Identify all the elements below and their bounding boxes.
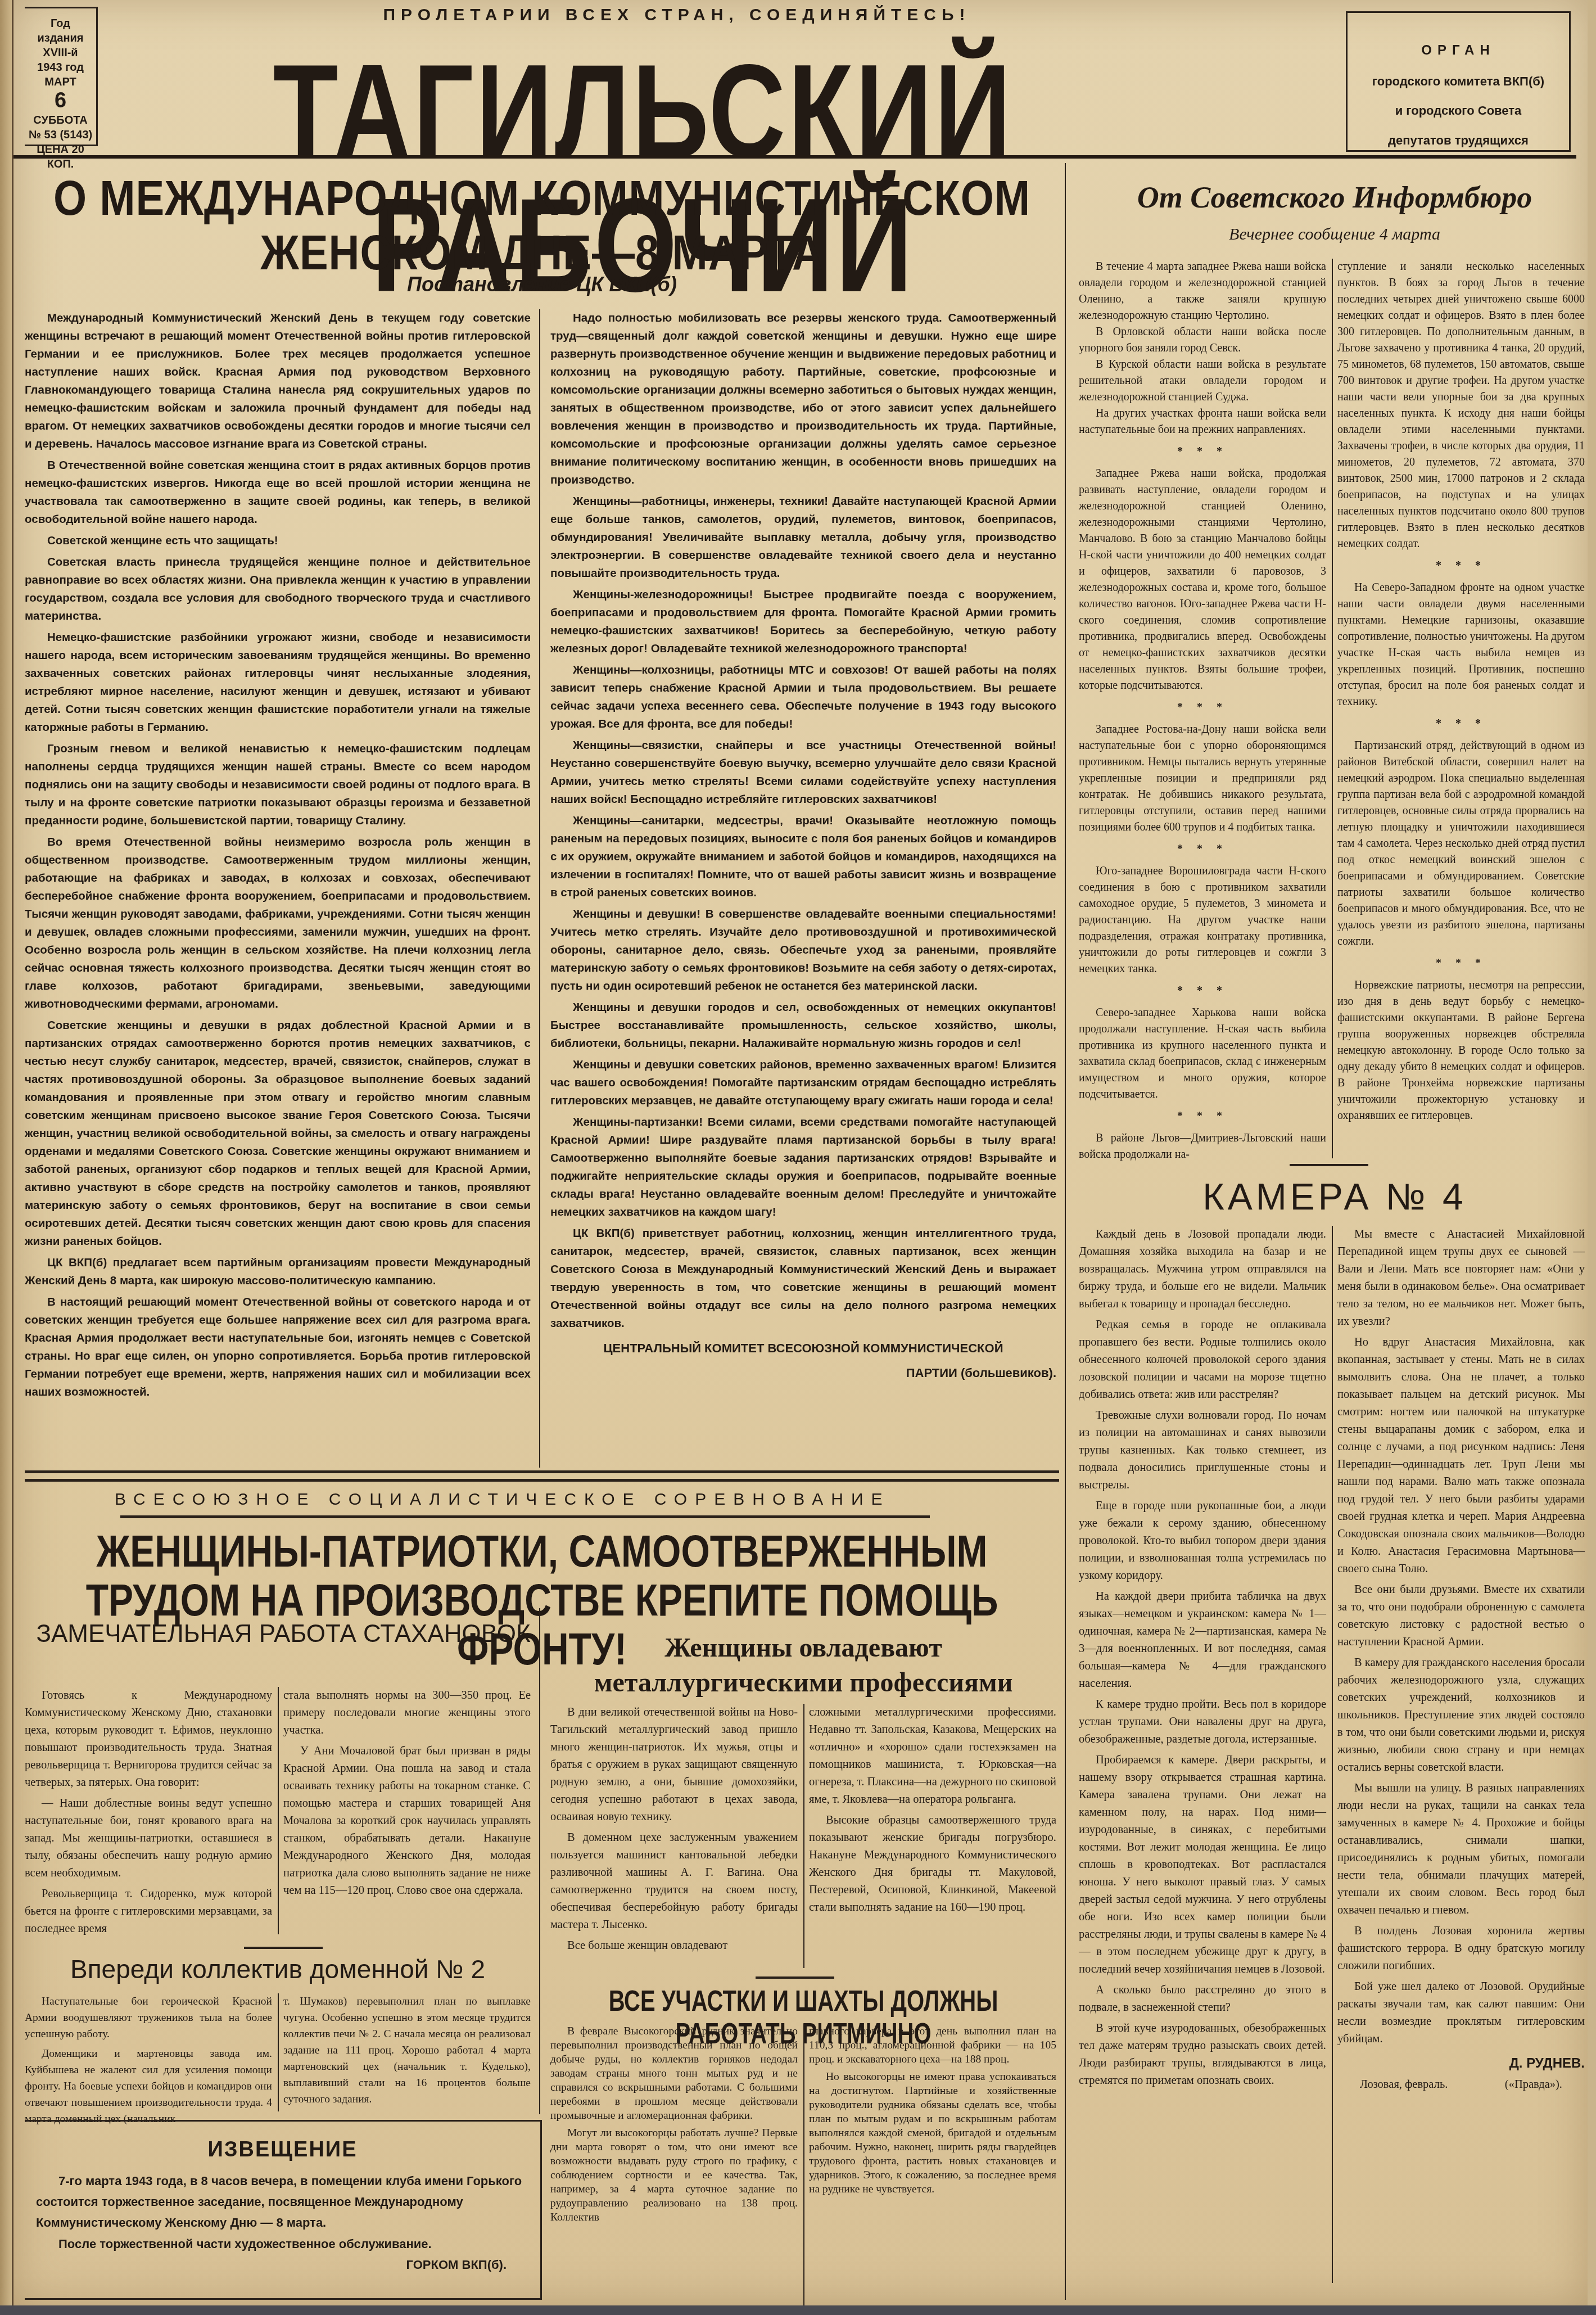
informburo-column-2: ступление и заняли несколько населенных … — [1337, 259, 1585, 1124]
metallurgy-headline: Женщины овладевают металлургическими про… — [550, 1631, 1056, 1701]
paragraph: В доменном цехе заслуженным уважением по… — [550, 1829, 798, 1934]
paragraph: В феврале Высокогорский рудник значитель… — [550, 2024, 798, 2123]
newspaper-page: Год издания XVIII-й 1943 год МАРТ 6 СУББ… — [13, 0, 1588, 2305]
paragraph: Мы вместе с Анастасией Михайловной Переп… — [1337, 1226, 1585, 1330]
paragraph: — Наши доблестные воины ведут успешно на… — [25, 1795, 272, 1882]
paragraph: К камере трудно пройти. Весь пол в корид… — [1079, 1696, 1326, 1748]
paragraph: Пробираемся к камере. Двери раскрыты, и … — [1079, 1752, 1326, 1978]
paragraph: Во время Отечественной войны неизмеримо … — [25, 833, 531, 1013]
signature-line: ПАРТИИ (большевиков). — [550, 1361, 1056, 1386]
separator-stars: * * * — [1337, 955, 1585, 972]
day: 6 — [27, 89, 94, 113]
metallurgy-column-1: В дни великой отечественной войны на Нов… — [550, 1704, 798, 1958]
section-rule — [25, 1470, 1059, 1473]
kamera-column-2: Мы вместе с Анастасией Михайловной Переп… — [1337, 1226, 1585, 2093]
scan-background — [0, 2305, 1596, 2315]
notice-text: После торжественной части художественное… — [36, 2233, 529, 2254]
paragraph: Мы вышли на улицу. В разных направлениях… — [1337, 1780, 1585, 1919]
paragraph: Западнее Ржева наши войска, продолжая ра… — [1079, 466, 1326, 694]
author: Д. РУДНЕВ. — [1337, 2051, 1585, 2076]
paragraph: Но высокогорцы не имеют права успокаиват… — [809, 2070, 1056, 2196]
mines-column-2: главного карьера в этот день выполнил пл… — [809, 2024, 1056, 2200]
issue-info-box: Год издания XVIII-й 1943 год МАРТ 6 СУББ… — [25, 7, 98, 146]
paragraph: Еще в городе шли рукопашные бои, а люди … — [1079, 1497, 1326, 1585]
paragraph: ступление и заняли несколько населенных … — [1337, 259, 1585, 552]
domna-column-1: Наступательные бои героической Красной А… — [25, 1993, 272, 2131]
separator-stars: * * * — [1079, 1108, 1326, 1125]
source: («Правда»). — [1505, 2076, 1562, 2093]
weekday: СУББОТА — [27, 113, 94, 128]
paragraph: Редкая семья в городе не оплакивала проп… — [1079, 1316, 1326, 1404]
notice-signature: ГОРКОМ ВКП(б). — [36, 2254, 529, 2275]
dateline: Лозовая, февраль. — [1360, 2076, 1448, 2093]
paragraph: Револьверщица т. Сидоренко, муж которой … — [25, 1885, 272, 1938]
competition-label: ВСЕСОЮЗНОЕ СОЦИАЛИСТИЧЕСКОЕ СОРЕВНОВАНИЕ — [115, 1490, 958, 1509]
domna-column-2: т. Шумаков) перевыполнил план по выплавк… — [283, 1993, 531, 2111]
column-divider — [1332, 1226, 1333, 2283]
paragraph: сложными металлургическими профессиями. … — [809, 1704, 1056, 1808]
paragraph: Бой уже шел далеко от Лозовой. Орудийные… — [1337, 1978, 1585, 2048]
separator-stars: * * * — [1079, 700, 1326, 716]
column-divider — [803, 1704, 804, 1968]
stakhanovki-column-1: Готовясь к Международному Коммунистическ… — [25, 1687, 272, 1941]
paragraph: Западнее Ростова-на-Дону наши войска вел… — [1079, 721, 1326, 836]
label-underline — [120, 1515, 930, 1518]
notice-box: ИЗВЕЩЕНИЕ 7-го марта 1943 года, в 8 часо… — [25, 2120, 542, 2300]
paragraph: ЦК ВКП(б) предлагает всем партийным орга… — [25, 1254, 531, 1290]
issue-number: № 53 (5143) — [27, 128, 94, 142]
notice-text: 7-го марта 1943 года, в 8 часов вечера, … — [36, 2170, 529, 2233]
lead-column-1: Международный Коммунистический Женский Д… — [25, 309, 531, 1405]
column-divider — [539, 309, 540, 1468]
lead-subheadline: Постановление ЦК ВКП(б) — [25, 273, 1059, 296]
paragraph: Женщины и девушки городов и сел, освобож… — [550, 999, 1056, 1053]
separator-stars: * * * — [1337, 716, 1585, 732]
column-divider — [278, 1687, 279, 1934]
paragraph: Женщины и девушки! В совершенстве овладе… — [550, 905, 1056, 995]
paragraph: Партизанский отряд, действующий в одном … — [1337, 738, 1585, 950]
slogan: ПРОЛЕТАРИИ ВСЕХ СТРАН, СОЕДИНЯЙТЕСЬ! — [283, 6, 1070, 25]
paragraph: Северо-западнее Харькова наши войска про… — [1079, 1005, 1326, 1103]
masthead-rule — [13, 155, 1576, 159]
section-divider — [1065, 163, 1066, 2300]
paragraph: Могут ли высокогорцы работать лучше? Пер… — [550, 2126, 798, 2224]
paragraph: Женщины-железнодорожницы! Быстрее продви… — [550, 586, 1056, 658]
short-rule — [756, 1976, 834, 1979]
paragraph: Норвежские патриоты, несмотря на репресс… — [1337, 977, 1585, 1124]
masthead: Год издания XVIII-й 1943 год МАРТ 6 СУББ… — [13, 0, 1588, 163]
lead-column-2: Надо полностью мобилизовать все резервы … — [550, 309, 1056, 1386]
paragraph: Юго-западнее Ворошиловграда части Н-ског… — [1079, 863, 1326, 977]
binding-spine — [0, 0, 13, 2315]
informburo-subheadline: Вечернее сообщение 4 марта — [1082, 225, 1588, 244]
kamera-headline: КАМЕРА № 4 — [1082, 1175, 1588, 1218]
short-rule — [244, 1947, 323, 1949]
paragraph: В этой куче изуродованных, обезображенны… — [1079, 2020, 1326, 2090]
paragraph: В полдень Лозовая хоронила жертвы фашист… — [1337, 1923, 1585, 1975]
paragraph: А сколько было расстреляно до этого в по… — [1079, 1982, 1326, 2016]
paragraph: Надо полностью мобилизовать все резервы … — [550, 309, 1056, 489]
organ-lead: ОРГАН — [1348, 34, 1569, 67]
paragraph: В Отечественной войне советская женщина … — [25, 457, 531, 529]
stakhanovki-headline: ЗАМЕЧАТЕЛЬНАЯ РАБОТА СТАХАНОВОК — [36, 1619, 531, 1649]
month: МАРТ — [27, 75, 94, 89]
metallurgy-column-2: сложными металлургическими профессиями. … — [809, 1704, 1056, 1920]
paragraph: Тревожные слухи волновали город. По ноча… — [1079, 1407, 1326, 1494]
informburo-headline: От Советского Информбюро — [1082, 180, 1588, 215]
short-rule — [1290, 1164, 1368, 1166]
paragraph: В районе Льгов—Дмитриев-Льговский наши в… — [1079, 1130, 1326, 1163]
paragraph: Немецко-фашистские разбойники угрожают ж… — [25, 629, 531, 737]
paragraph: Международный Коммунистический Женский Д… — [25, 309, 531, 453]
organ-line: городского комитета ВКП(б) — [1348, 67, 1569, 97]
paragraph: На других участках фронта наши войска ве… — [1079, 405, 1326, 438]
paragraph: Женщины—связистки, снайперы и все участн… — [550, 737, 1056, 809]
paragraph: В камеру для гражданского населения брос… — [1337, 1654, 1585, 1776]
paragraph: Женщины—работницы, инженеры, техники! Да… — [550, 493, 1056, 583]
paragraph: В течение 4 марта западнее Ржева наши во… — [1079, 259, 1326, 324]
year: 1943 год — [27, 60, 94, 75]
paragraph: Советской женщине есть что защищать! — [25, 532, 531, 550]
paragraph: Женщины и девушки советских районов, вре… — [550, 1056, 1056, 1110]
paragraph: Но вдруг Анастасия Михайловна, как вкопа… — [1337, 1334, 1585, 1578]
separator-stars: * * * — [1079, 983, 1326, 999]
paragraph: Наступательные бои героической Красной А… — [25, 1993, 272, 2042]
organ-line: депутатов трудящихся — [1348, 126, 1569, 156]
domna-headline: Впереди коллектив доменной № 2 — [25, 1954, 531, 1984]
paragraph: У Ани Мочаловой брат был призван в ряды … — [283, 1743, 531, 1899]
paragraph: Советская власть принесла трудящейся жен… — [25, 553, 531, 625]
paragraph: Грозным гневом и великой ненавистью к не… — [25, 740, 531, 830]
paragraph: На каждой двери прибита табличка на двух… — [1079, 1588, 1326, 1693]
section-divider — [539, 1608, 540, 2114]
paragraph: На Северо-Западном фронте на одном участ… — [1337, 580, 1585, 710]
column-divider — [803, 2024, 804, 2305]
paragraph: Доменщики и мартеновцы завода им. Куйбыш… — [25, 2046, 272, 2127]
mines-column-1: В феврале Высокогорский рудник значитель… — [550, 2024, 798, 2228]
informburo-column-1: В течение 4 марта западнее Ржева наши во… — [1079, 259, 1326, 1163]
paragraph: Женщины-партизанки! Всеми силами, всеми … — [550, 1113, 1056, 1221]
paragraph: стала выполнять нормы на 300—350 проц. Е… — [283, 1687, 531, 1739]
paragraph: В Орловской области наши войска после уп… — [1079, 324, 1326, 356]
paragraph: Советские женщины и девушки в рядах добл… — [25, 1017, 531, 1251]
notice-title: ИЗВЕЩЕНИЕ — [36, 2132, 529, 2168]
separator-stars: * * * — [1079, 841, 1326, 858]
paragraph: В Курской области наши войска в результа… — [1079, 356, 1326, 405]
paragraph: Готовясь к Международному Коммунистическ… — [25, 1687, 272, 1791]
section-rule — [25, 1479, 1059, 1482]
separator-stars: * * * — [1079, 444, 1326, 460]
paragraph: В дни великой отечественной войны на Нов… — [550, 1704, 798, 1826]
column-divider — [278, 1993, 279, 2111]
lead-headline: О МЕЖДУНАРОДНОМ КОММУНИСТИЧЕСКОМ ЖЕНСКОМ… — [25, 172, 1059, 279]
column-divider — [1332, 259, 1333, 1158]
separator-stars: * * * — [1337, 558, 1585, 574]
paragraph: ЦК ВКП(б) приветствует работниц, колхозн… — [550, 1225, 1056, 1333]
paragraph: Все они были друзьями. Вместе их схватил… — [1337, 1581, 1585, 1651]
paragraph: т. Шумаков) перевыполнил план по выплавк… — [283, 1993, 531, 2108]
kamera-column-1: Каждый день в Лозовой пропадали люди. До… — [1079, 1226, 1326, 2093]
paragraph: Каждый день в Лозовой пропадали люди. До… — [1079, 1226, 1326, 1313]
paragraph: Женщины—колхозницы, работницы МТС и совх… — [550, 661, 1056, 733]
paragraph: Высокие образцы самоотверженного труда п… — [809, 1812, 1056, 1916]
organ-box: ОРГАН городского комитета ВКП(б) и город… — [1346, 11, 1571, 152]
signature-line: ЦЕНТРАЛЬНЫЙ КОМИТЕТ ВСЕСОЮЗНОЙ КОММУНИСТ… — [550, 1336, 1056, 1361]
issue-year: Год издания XVIII-й — [27, 16, 94, 60]
dateline-row: Лозовая, февраль. («Правда»). — [1337, 2076, 1585, 2093]
paragraph: В настоящий решающий момент Отечественно… — [25, 1293, 531, 1401]
stakhanovki-column-2: стала выполнять нормы на 300—350 проц. Е… — [283, 1687, 531, 1903]
paragraph: Женщины—санитарки, медсестры, врачи! Ока… — [550, 812, 1056, 902]
paragraph: Все больше женщин овладевают — [550, 1937, 798, 1955]
paragraph: главного карьера в этот день выполнил пл… — [809, 2024, 1056, 2066]
organ-line: и городского Совета — [1348, 96, 1569, 126]
